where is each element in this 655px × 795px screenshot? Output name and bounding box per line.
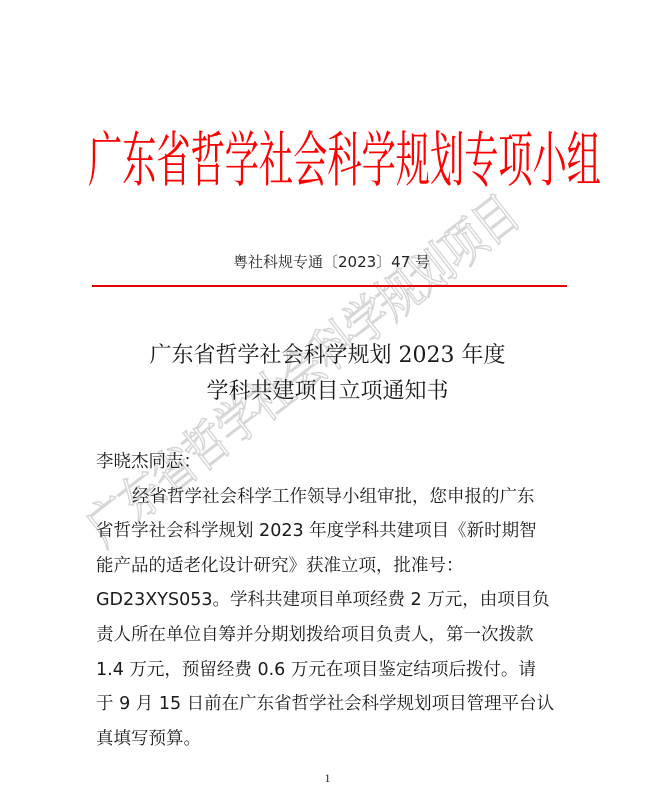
page-number: 1	[0, 770, 655, 786]
notice-body: 李晓杰同志： 经省哲学社会科学工作领导小组审批，您申报的广东 省哲学社会科学规划…	[96, 445, 566, 756]
document-title-line-2: 学科共建项目立项通知书	[0, 374, 655, 410]
body-line: 经省哲学社会科学工作领导小组审批，您申报的广东	[96, 480, 566, 515]
body-line: 1.4 万元，预留经费 0.6 万元在项目鉴定结项后拨付。请	[96, 653, 566, 688]
document-page: 广东省哲学社会科学规划项目 广东省哲学社会科学规划专项小组 粤社科规专通〔202…	[0, 0, 655, 795]
red-divider	[92, 285, 567, 287]
document-title-line-1: 广东省哲学社会科学规划 2023 年度	[0, 338, 655, 374]
body-line: 于 9 月 15 日前在广东省哲学社会科学规划项目管理平台认	[96, 687, 566, 722]
body-line: 省哲学社会科学规划 2023 年度学科共建项目《新时期智	[96, 514, 566, 549]
salutation: 李晓杰同志：	[96, 445, 566, 480]
body-line: 责人所在单位自筹并分期划拨给项目负责人，第一次拨款	[96, 618, 566, 653]
body-line: 能产品的适老化设计研究》获准立项，批准号：	[96, 549, 566, 584]
body-line: 真填写预算。	[96, 722, 566, 757]
body-line: GD23XYS053。学科共建项目单项经费 2 万元，由项目负	[96, 583, 566, 618]
issuer-name: 广东省哲学社会科学规划专项小组	[88, 126, 601, 196]
document-number: 粤社科规专通〔2023〕47 号	[0, 250, 655, 274]
issuer-header: 广东省哲学社会科学规划专项小组	[88, 126, 568, 196]
document-title: 广东省哲学社会科学规划 2023 年度 学科共建项目立项通知书	[0, 338, 655, 410]
